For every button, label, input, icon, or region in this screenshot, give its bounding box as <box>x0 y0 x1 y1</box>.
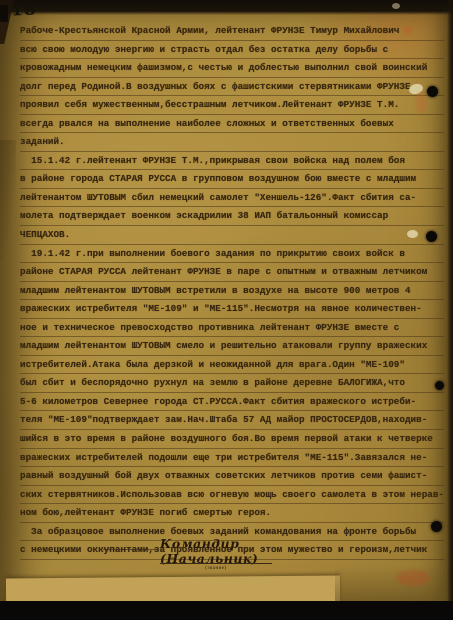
paper-crease <box>0 140 16 260</box>
typed-line: ном бою,лейтенант ФРУНЗЕ погиб смертью г… <box>20 504 444 523</box>
typed-line: шийся в это время в районе воздушного бо… <box>20 430 444 449</box>
typed-line: вражеских истребителя "МЕ-109" и "МЕ-115… <box>20 300 444 319</box>
rust-stain <box>404 26 412 34</box>
signature-caption: (звание) <box>160 566 272 571</box>
scan-edge-bottom <box>0 601 453 620</box>
typed-line: 5-6 километров Севернее города СТ.РУССА.… <box>20 393 444 412</box>
signature-rule <box>160 563 272 564</box>
typed-line: младшим лейтенантом ШУТОВЫМ встретили в … <box>20 282 444 301</box>
typed-line: районе СТАРАЯ РУССА лейтенант ФРУНЗЕ в п… <box>20 263 444 282</box>
punch-hole <box>426 231 437 242</box>
typed-line: равный воздушный бой двух отважных совет… <box>20 467 444 486</box>
typed-line: теля "МЕ-109"подтверждает зам.Нач.Штаба … <box>20 411 444 430</box>
bottom-shadow <box>335 565 453 603</box>
signature-title: Командир (Начальник) <box>160 536 340 566</box>
typed-line: молета подтверждает военком эскадрилии 3… <box>20 207 444 226</box>
punch-hole <box>427 86 438 97</box>
typed-line: в районе города СТАРАЯ РУССА в групповом… <box>20 170 444 189</box>
typed-line: вражеских истребителей подошли еще три и… <box>20 449 444 468</box>
scan-edge-right <box>447 0 453 620</box>
rust-stain <box>396 570 430 586</box>
typed-line: кровожадным немецким фашизмом,с честью и… <box>20 59 444 78</box>
scan-edge-top <box>0 0 453 15</box>
typed-line: проявил себя мужественным,бесстрашным ле… <box>20 96 444 115</box>
page-number: 18 <box>10 0 37 21</box>
typed-line: Рабоче-Крестьянской Красной Армии, лейте… <box>20 22 444 41</box>
typed-line: ное и техническое превосходство противни… <box>20 319 444 338</box>
rust-stain <box>416 92 426 114</box>
punch-hole <box>431 521 442 532</box>
typed-line: истребителей.Атака была дерзкой и неожид… <box>20 356 444 375</box>
signature-lead-line <box>103 549 159 550</box>
glue-spot <box>407 230 418 238</box>
typed-line: 15.1.42 г.лейтенант ФРУНЗЕ Т.М.,прикрыва… <box>20 152 444 171</box>
scanned-document-page: Рабоче-Крестьянской Красной Армии, лейте… <box>0 0 453 620</box>
typed-line: ских стервятников.Использовав всю огневу… <box>20 486 444 505</box>
typed-line: лейтенантом ШУТОВЫМ сбил немецкий самоле… <box>20 189 444 208</box>
punch-hole <box>435 381 444 390</box>
typed-line: всегда рвался на выполнение наиболее сло… <box>20 115 444 134</box>
typed-line: младшим лейтенантом ШУТОВЫМ смело и реши… <box>20 337 444 356</box>
typed-text-block: Рабоче-Крестьянской Красной Армии, лейте… <box>20 22 444 560</box>
typed-line: заданий. <box>20 133 444 152</box>
typed-line: всю свою молодую энергию и страсть отдал… <box>20 41 444 60</box>
ink-blob <box>0 5 8 22</box>
typed-line: 19.1.42 г.при выполнении боевого задания… <box>20 245 444 264</box>
glue-spot <box>392 3 400 9</box>
typed-line: ЧЕПЦАХОВ. <box>20 226 444 245</box>
typed-line: долг перед Родиной.В воздушных боях с фа… <box>20 78 444 97</box>
typed-line: был сбит и беспорядочно рухнул на землю … <box>20 374 444 393</box>
